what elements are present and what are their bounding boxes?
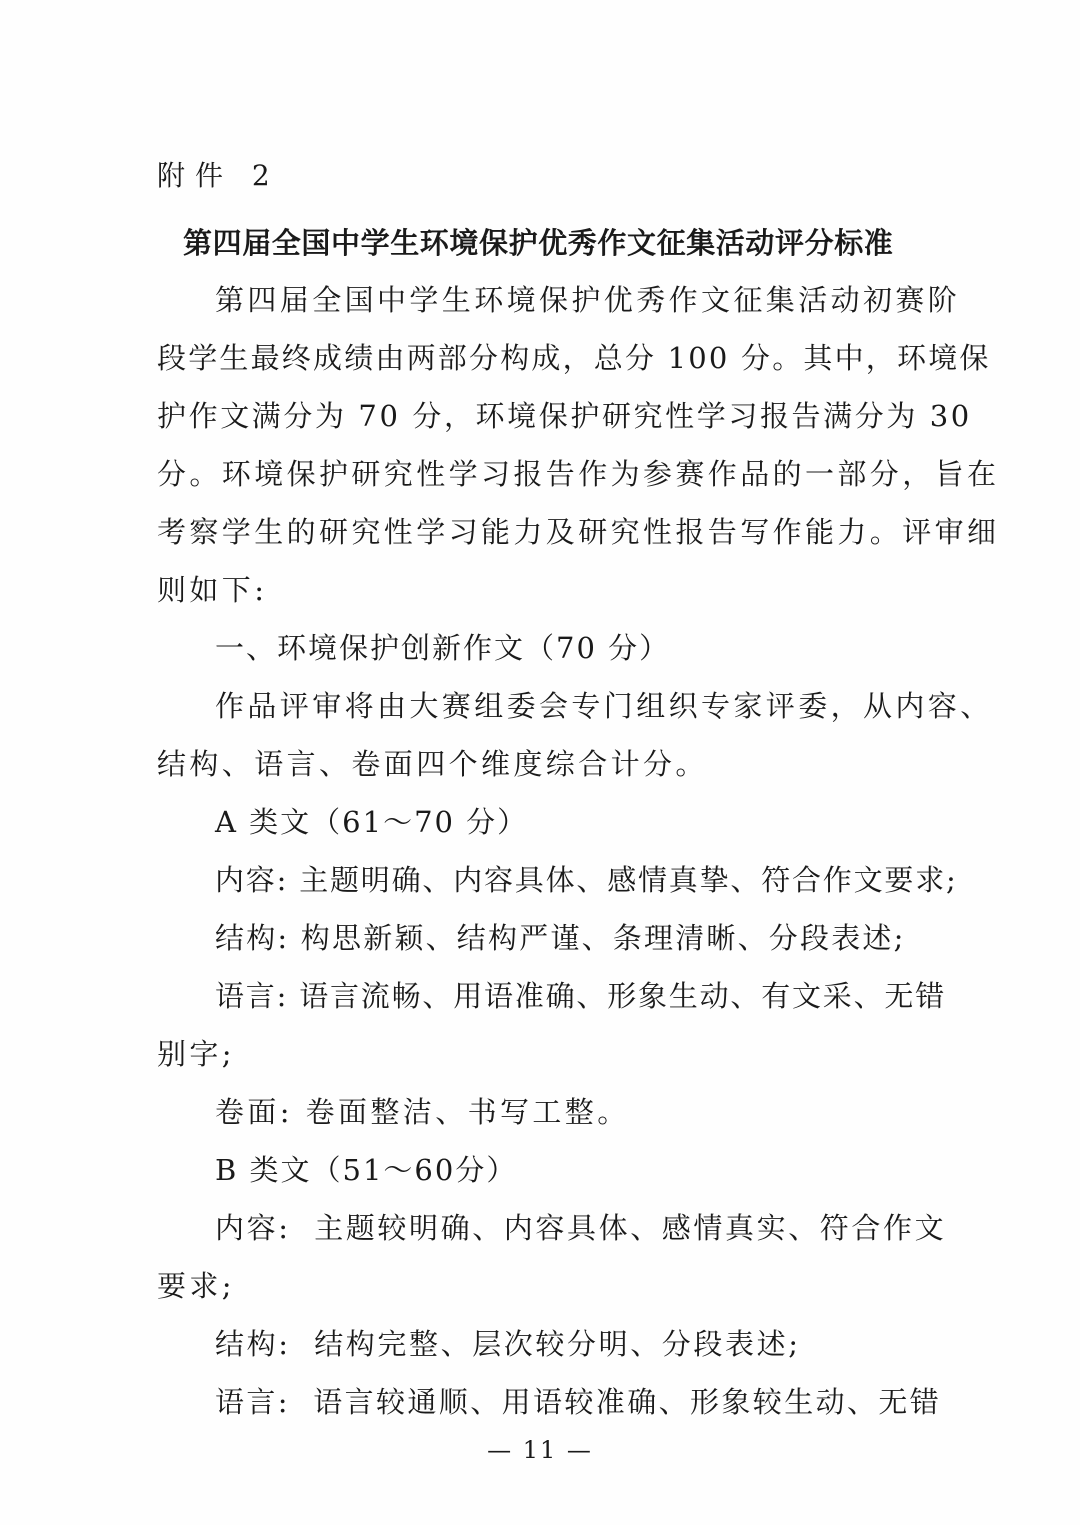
section-one-heading: 一、环境保护创新作文（70 分） <box>215 630 975 666</box>
document-page: 附件 2 第四届全国中学生环境保护优秀作文征集活动评分标准 第四届全国中学生环境… <box>0 0 1080 1525</box>
grade-a-presentation: 卷面: 卷面整洁、书写工整。 <box>215 1094 975 1130</box>
grade-b-language-1: 语言: 语言较通顺、用语较准确、形象较生动、无错 <box>215 1384 975 1420</box>
section-one-desc-2: 结构、语言、卷面四个维度综合计分。 <box>157 746 917 782</box>
grade-b-structure: 结构: 结构完整、层次较分明、分段表述; <box>215 1326 975 1362</box>
intro-line-1: 第四届全国中学生环境保护优秀作文征集活动初赛阶 <box>215 282 975 318</box>
intro-line-5: 考察学生的研究性学习能力及研究性报告写作能力。评审细 <box>157 514 917 550</box>
grade-a-content: 内容: 主题明确、内容具体、感情真挚、符合作文要求; <box>215 862 975 898</box>
grade-a-structure: 结构: 构思新颖、结构严谨、条理清晰、分段表述; <box>215 920 975 956</box>
grade-a-language-1: 语言: 语言流畅、用语准确、形象生动、有文采、无错 <box>215 978 975 1014</box>
grade-b-content-1: 内容: 主题较明确、内容具体、感情真实、符合作文 <box>215 1210 975 1246</box>
intro-line-6: 则如下: <box>157 572 917 608</box>
section-one-desc-1: 作品评审将由大赛组委会专门组织专家评委，从内容、 <box>215 688 975 724</box>
attachment-label: 附件 2 <box>157 158 917 194</box>
intro-line-2: 段学生最终成绩由两部分构成，总分 100 分。其中，环境保 <box>157 340 917 376</box>
grade-a-language-2: 别字; <box>157 1036 917 1072</box>
page-number: — 11 — <box>0 1435 1080 1465</box>
grade-b-content-2: 要求; <box>157 1268 917 1304</box>
intro-line-3: 护作文满分为 70 分，环境保护研究性学习报告满分为 30 <box>157 398 917 434</box>
document-title: 第四届全国中学生环境保护优秀作文征集活动评分标准 <box>183 225 893 261</box>
grade-b-heading: B 类文（51～60分） <box>215 1152 975 1188</box>
intro-line-4: 分。环境保护研究性学习报告作为参赛作品的一部分，旨在 <box>157 456 917 492</box>
grade-a-heading: A 类文（61～70 分） <box>215 804 975 840</box>
